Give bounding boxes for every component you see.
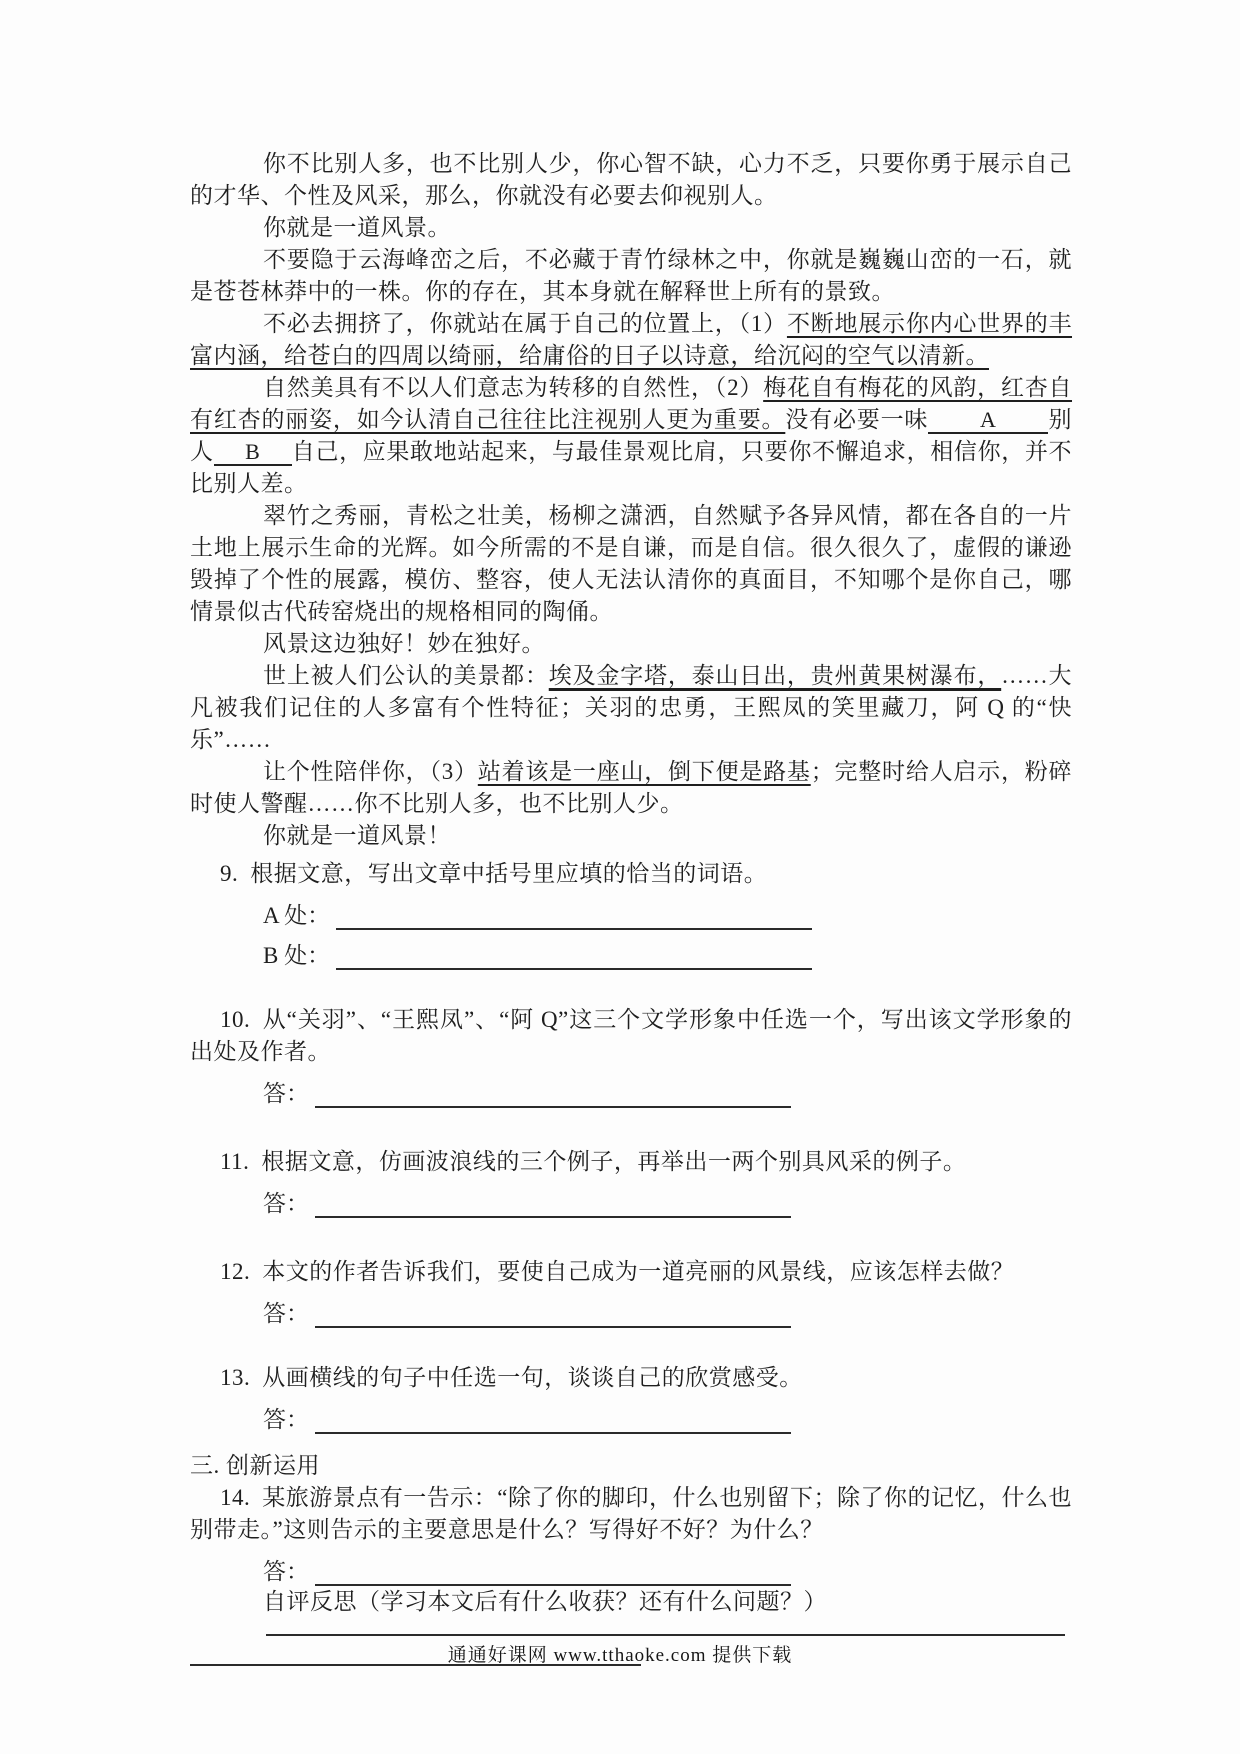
article-paragraph: 风景这边独好！妙在独好。: [190, 628, 1072, 660]
answer-blank[interactable]: [315, 1190, 791, 1218]
question-number: 10.: [220, 1007, 250, 1032]
answer-line: 答：: [190, 1546, 1072, 1586]
article-paragraph: 你就是一道风景！: [190, 820, 1072, 852]
page-content: 你不比别人多，也不比别人少，你心智不缺，心力不乏，只要你勇于展示自己的才华、个性…: [190, 148, 1072, 1666]
question-number: 13.: [220, 1365, 250, 1390]
answer-blank[interactable]: [336, 902, 812, 930]
inline-blank-a[interactable]: A: [928, 408, 1048, 434]
inline-blank-b[interactable]: B: [214, 440, 292, 466]
self-review-prompt: 自评反思（学习本文后有什么收获？还有什么问题？）: [190, 1586, 1072, 1618]
answer-blank[interactable]: [315, 1300, 791, 1328]
answer-label: 答：: [263, 1406, 309, 1434]
question-text: 根据文意，写出文章中括号里应填的恰当的词语。: [250, 861, 767, 886]
article-paragraph: 翠竹之秀丽，青松之壮美，杨柳之潇洒，自然赋予各异风情，都在各自的一片土地上展示生…: [190, 500, 1072, 628]
question-number: 14.: [220, 1485, 250, 1510]
question-number: 9.: [220, 861, 238, 886]
answer-line: B 处：: [190, 930, 1072, 970]
question-14: 14.某旅游景点有一告示：“除了你的脚印，什么也别留下；除了你的记忆，什么也别带…: [190, 1482, 1072, 1586]
text-segment: 自己，应果敢地站起来，与最佳景观比肩，只要你不懈追求，相信你，并不比别人差。: [190, 439, 1072, 496]
answer-label: B 处：: [263, 942, 330, 970]
article: 你不比别人多，也不比别人少，你心智不缺，心力不乏，只要你勇于展示自己的才华、个性…: [190, 148, 1072, 852]
document-page: 你不比别人多，也不比别人少，你心智不缺，心力不乏，只要你勇于展示自己的才华、个性…: [0, 0, 1240, 1754]
text-segment: 你就是一道风景。: [263, 215, 451, 240]
answer-line: 答：: [190, 1394, 1072, 1434]
answer-blank[interactable]: [315, 1558, 791, 1586]
question-12: 12.本文的作者告诉我们，要使自己成为一道亮丽的风景线，应该怎样去做？答：: [190, 1256, 1072, 1328]
answer-line: A 处：: [190, 890, 1072, 930]
question-text: 根据文意，仿画波浪线的三个例子，再举出一两个别具风采的例子。: [261, 1149, 966, 1174]
article-paragraph: 你不比别人多，也不比别人少，你心智不缺，心力不乏，只要你勇于展示自己的才华、个性…: [190, 148, 1072, 212]
article-paragraph: 自然美具有不以人们意志为转移的自然性，（2）梅花自有梅花的风韵，红杏自有红杏的丽…: [190, 372, 1072, 500]
text-segment: 你就是一道风景！: [263, 823, 451, 848]
answer-label: 答：: [263, 1190, 309, 1218]
answer-blank[interactable]: [315, 1080, 791, 1108]
article-paragraph: 世上被人们公认的美景都：埃及金字塔，泰山日出，贵州黄果树瀑布，……大凡被我们记住…: [190, 660, 1072, 756]
text-segment: 不必去拥挤了，你就站在属于自己的位置上，（1）: [263, 311, 787, 336]
section-heading: 三. 创新运用: [190, 1450, 1072, 1482]
article-paragraph: 不要隐于云海峰峦之后，不必藏于青竹绿林之中，你就是巍巍山峦的一石，就是苍苍林莽中…: [190, 244, 1072, 308]
question-9: 9.根据文意，写出文章中括号里应填的恰当的词语。A 处：B 处：: [190, 858, 1072, 970]
answer-label: 答：: [263, 1080, 309, 1108]
question-11: 11.根据文意，仿画波浪线的三个例子，再举出一两个别具风采的例子。答：: [190, 1146, 1072, 1218]
text-segment: 世上被人们公认的美景都：: [263, 663, 549, 688]
answer-line: 答：: [190, 1178, 1072, 1218]
article-paragraph: 不必去拥挤了，你就站在属于自己的位置上，（1）不断地展示你内心世界的丰富内涵，给…: [190, 308, 1072, 372]
answer-blank[interactable]: [315, 1406, 791, 1434]
text-segment: 不要隐于云海峰峦之后，不必藏于青竹绿林之中，你就是巍巍山峦的一石，就是苍苍林莽中…: [190, 247, 1072, 304]
question-number: 12.: [220, 1259, 250, 1284]
text-segment: 你不比别人多，也不比别人少，你心智不缺，心力不乏，只要你勇于展示自己的才华、个性…: [190, 151, 1072, 208]
article-paragraph: 让个性陪伴你，（3）站着该是一座山，倒下便是路基；完整时给人启示，粉碎时使人警醒…: [190, 756, 1072, 820]
text-segment: 风景这边独好！妙在独好。: [263, 631, 545, 656]
question-13: 13.从画横线的句子中任选一句，谈谈自己的欣赏感受。答：: [190, 1362, 1072, 1434]
question-text: 本文的作者告诉我们，要使自己成为一道亮丽的风景线，应该怎样去做？: [262, 1259, 1014, 1284]
question-number: 11.: [220, 1149, 249, 1174]
answer-label: 答：: [263, 1558, 309, 1586]
answer-line: 答：: [190, 1288, 1072, 1328]
article-paragraph: 你就是一道风景。: [190, 212, 1072, 244]
answer-blank[interactable]: [336, 942, 812, 970]
text-segment: 让个性陪伴你，（3）: [263, 759, 478, 784]
underlined-passage: 埃及金字塔，泰山日出，贵州黄果树瀑布，: [549, 663, 1001, 688]
text-segment: 自然美具有不以人们意志为转移的自然性，（2）: [263, 375, 763, 400]
question-10: 10.从“关羽”、“王熙凤”、“阿 Q”这三个文学形象中任选一个，写出该文学形象…: [190, 1004, 1072, 1108]
answer-line: 答：: [190, 1068, 1072, 1108]
text-segment: 没有必要一味: [785, 407, 928, 432]
writing-line-long[interactable]: [266, 1634, 1065, 1636]
answer-label: 答：: [263, 1300, 309, 1328]
question-list: 9.根据文意，写出文章中括号里应填的恰当的词语。A 处：B 处：10.从“关羽”…: [190, 858, 1072, 1434]
text-segment: 翠竹之秀丽，青松之壮美，杨柳之潇洒，自然赋予各异风情，都在各自的一片土地上展示生…: [190, 503, 1072, 624]
footer-credit: 通通好课网 www.tthaoke.com 提供下载: [0, 1640, 1240, 1667]
underlined-passage: 站着该是一座山，倒下便是路基: [478, 759, 811, 784]
answer-label: A 处：: [263, 902, 330, 930]
question-text: 从“关羽”、“王熙凤”、“阿 Q”这三个文学形象中任选一个，写出该文学形象的出处…: [190, 1007, 1072, 1064]
question-text: 从画横线的句子中任选一句，谈谈自己的欣赏感受。: [262, 1365, 803, 1390]
section3-questions: 14.某旅游景点有一告示：“除了你的脚印，什么也别留下；除了你的记忆，什么也别带…: [190, 1482, 1072, 1586]
question-text: 某旅游景点有一告示：“除了你的脚印，什么也别留下；除了你的记忆，什么也别带走。”…: [190, 1485, 1072, 1542]
